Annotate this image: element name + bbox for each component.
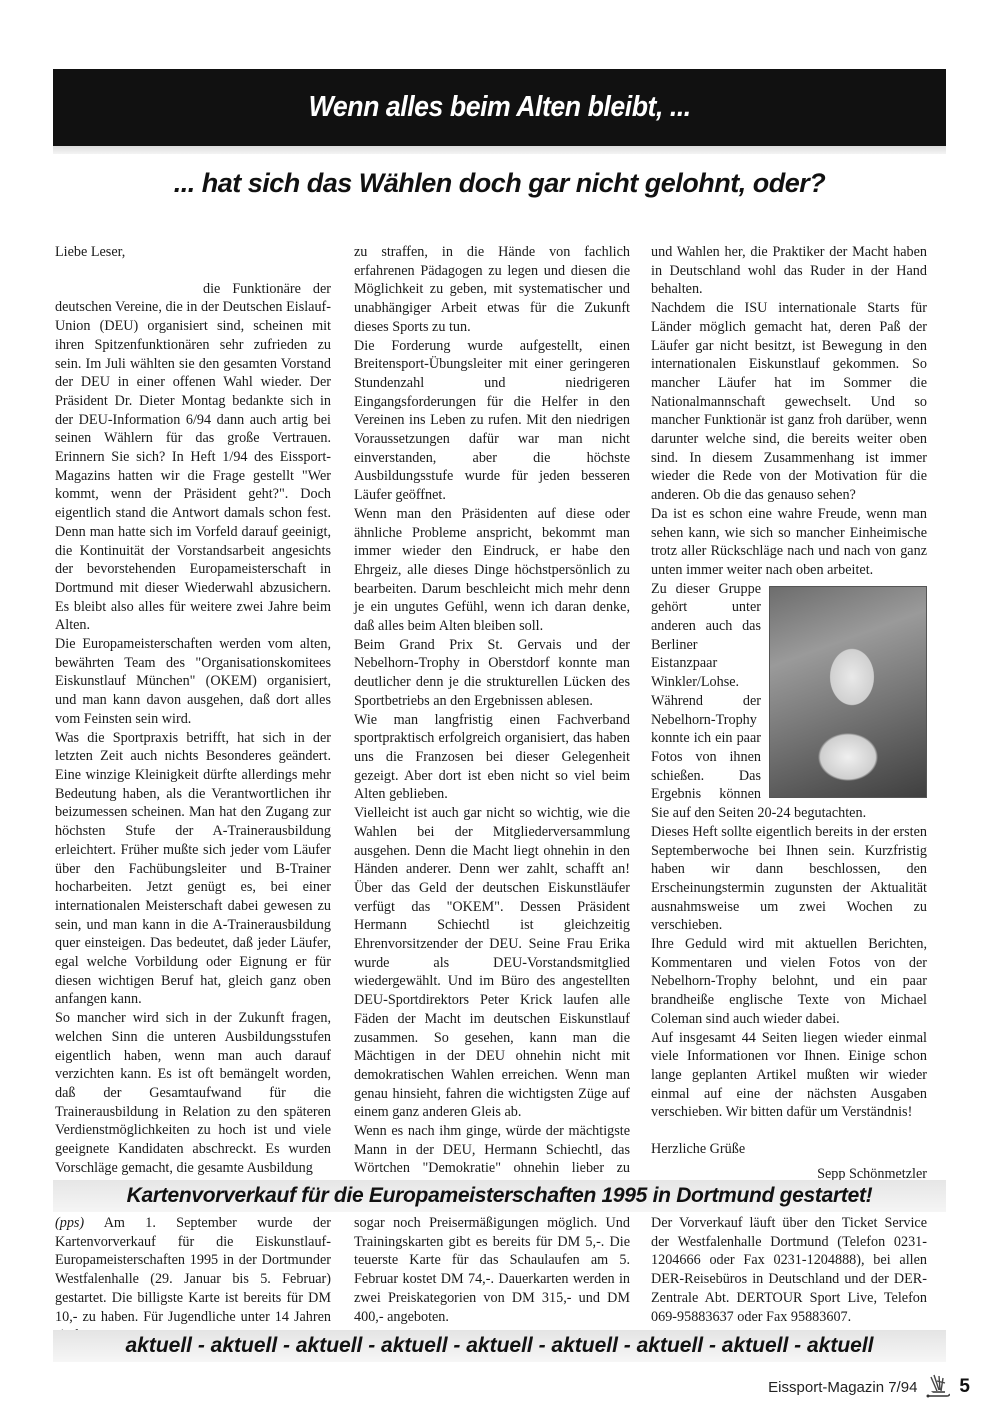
news-column-2: sogar noch Preisermäßigungen möglich. Un…	[354, 1214, 630, 1326]
paragraph: Die Forderung wurde aufgestellt, einen B…	[354, 337, 630, 505]
greeting: Herzliche Grüße	[651, 1140, 927, 1159]
paragraph: die Funktionäre der deutschen Vereine, d…	[55, 280, 331, 635]
paragraph: Nachdem die ISU internationale Starts fü…	[651, 299, 927, 505]
paragraph: Da ist es schon eine wahre Freude, wenn …	[651, 505, 927, 580]
salutation: Liebe Leser,	[55, 243, 331, 262]
paragraph: Der Vorverkauf läuft über den Ticket Ser…	[651, 1214, 927, 1326]
paragraph: (pps) Am 1. September wurde der Kartenvo…	[55, 1214, 331, 1345]
news-headline: Kartenvorverkauf für die Europameistersc…	[127, 1184, 873, 1208]
author-photo	[769, 586, 927, 798]
paragraph: und Wahlen her, die Praktiker der Macht …	[651, 243, 927, 299]
magazine-issue: Eissport-Magazin 7/94	[768, 1379, 917, 1396]
news-text: Am 1. September wurde der Kartenvorverka…	[55, 1215, 331, 1343]
page-footer: Eissport-Magazin 7/94 5	[768, 1373, 970, 1401]
editorial-column-1: Liebe Leser, die Funktionäre der deutsch…	[55, 243, 331, 1177]
paragraph: Wenn man den Präsidenten auf diese oder …	[354, 505, 630, 636]
news-column-3: Der Vorverkauf läuft über den Ticket Ser…	[651, 1214, 927, 1326]
paragraph: Die Europameisterschaften werden vom alt…	[55, 635, 331, 729]
paragraph: Vielleicht ist auch gar nicht so wichtig…	[354, 804, 630, 1122]
page-subtitle: ... hat sich das Wählen doch gar nicht g…	[53, 168, 946, 199]
paragraph: Beim Grand Prix St. Gervais und der Nebe…	[354, 636, 630, 711]
paragraph: Was die Sportpraxis betrifft, hat sich i…	[55, 729, 331, 1010]
paragraph: Auf insgesamt 44 Seiten liegen wieder ei…	[651, 1029, 927, 1123]
paragraph: Ihre Geduld wird mit aktuellen Berichten…	[651, 935, 927, 1029]
paragraph: zu straffen, in die Hände von fachlich e…	[354, 243, 630, 337]
page-number: 5	[959, 1376, 970, 1398]
divider	[53, 146, 946, 154]
news-column-1: (pps) Am 1. September wurde der Kartenvo…	[55, 1214, 331, 1345]
aktuell-banner: aktuell - aktuell - aktuell - aktuell - …	[53, 1330, 946, 1362]
aktuell-text: aktuell - aktuell - aktuell - aktuell - …	[125, 1334, 873, 1358]
news-headline-bar: Kartenvorverkauf für die Europameistersc…	[53, 1180, 946, 1212]
paragraph: Wie man langfristig einen Fachverband sp…	[354, 711, 630, 805]
editorial-column-3: und Wahlen her, die Praktiker der Macht …	[651, 243, 927, 1183]
paragraph: So mancher wird sich in der Zukunft frag…	[55, 1009, 331, 1177]
editorial-column-2: zu straffen, in die Hände von fachlich e…	[354, 243, 630, 1197]
skate-logo-icon	[925, 1373, 951, 1401]
source-tag: (pps)	[55, 1215, 84, 1231]
paragraph: Dieses Heft sollte eigentlich bereits in…	[651, 823, 927, 935]
paragraph: sogar noch Preisermäßigungen möglich. Un…	[354, 1214, 630, 1326]
headline-bar: Wenn alles beim Alten bleibt, ...	[53, 69, 946, 146]
page-title: Wenn alles beim Alten bleibt, ...	[308, 91, 690, 124]
